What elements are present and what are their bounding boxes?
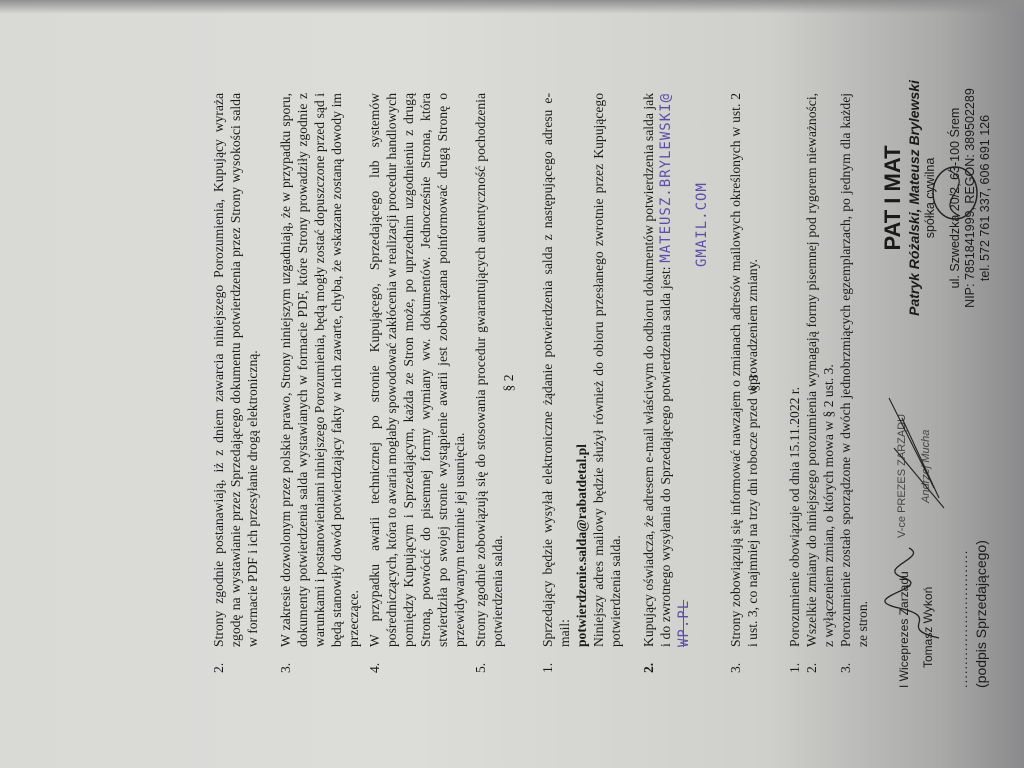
section-1-list: 2. Strony zgodnie postanawiają, iż z dni… [210, 93, 506, 673]
section-2: § 2 1. Sprzedający będzie wysyłał elektr… [500, 93, 761, 673]
item-number: 1. [539, 663, 556, 673]
item-number: 5. [472, 663, 489, 673]
s2-item-1: 1. Sprzedający będzie wysyłał elektronic… [539, 93, 624, 673]
item-number: 3. [277, 663, 294, 673]
s1-item-2: 2. Strony zgodnie postanawiają, iż z dni… [210, 93, 261, 673]
crossed-out-text: WP.PL [676, 600, 692, 647]
item-number: 2. [803, 663, 820, 673]
seller-signature-caption: (podpis Sprzedającego) [973, 358, 990, 688]
s1-item-4: 4. W przypadku awarii technicznej po str… [366, 93, 468, 673]
handwritten-signatures [884, 388, 954, 648]
s3-item-2: 2. Wszelkie zmiany do niniejszego porozu… [803, 93, 837, 673]
item-number: 2. [640, 663, 657, 673]
item-text: Strony zgodnie postanawiają, iż z dniem … [211, 93, 260, 647]
item-text: Niniejszy adres mailowy będzie służył ró… [591, 93, 623, 647]
seller-signature-block: I Wiceprezes Zarządu Tomasz Wykoń V-ce P… [890, 358, 990, 688]
handwritten-email: MATEUSZ.BRYLEWSKI@ [658, 93, 674, 263]
section-3-heading: § 3 [745, 93, 762, 673]
signature-line: .............................. [954, 358, 971, 688]
item-text: Porozumienie zostało sporządzone w dwóch… [838, 93, 870, 647]
item-text: Porozumienie obowiązuje od dnia 15.11.20… [787, 387, 802, 647]
s3-item-1: 1. Porozumienie obowiązuje od dnia 15.11… [786, 93, 803, 673]
s2-item-2: 2. Kupujący oświadcza, że adresem e-mail… [640, 93, 711, 673]
item-number: 3. [727, 663, 744, 673]
s3-item-3: 3. Porozumienie zostało sporządzone w dw… [837, 93, 871, 673]
item-number: 1. [786, 663, 803, 673]
item-number: 2. [210, 663, 227, 673]
item-text: Wszelkie zmiany do niniejszego porozumie… [804, 93, 836, 647]
seller-email: potwierdzenie.salda@rabatdetal.pl [574, 444, 589, 647]
buyer-signature-scribble [920, 158, 990, 228]
section-3: § 3 1. Porozumienie obowiązuje od dnia 1… [745, 93, 871, 673]
item-number: 4. [366, 663, 383, 673]
item-text: Sprzedający będzie wysyłał elektroniczne… [540, 93, 572, 647]
stamp-company-name: PAT I MAT [880, 48, 906, 348]
item-text: W przypadku awarii technicznej po stroni… [367, 93, 467, 647]
item-text: W zakresie dozwolonym przez polskie praw… [278, 93, 361, 647]
item-number: 3. [837, 663, 854, 673]
s1-item-3: 3. W zakresie dozwolonym przez polskie p… [277, 93, 362, 673]
handwritten-email-domain: GMAIL.COM [694, 182, 710, 267]
document-page: 2. Strony zgodnie postanawiają, iż z dni… [0, 0, 1024, 768]
buyer-company-stamp: PAT I MAT Patryk Różalski, Mateusz Bryle… [880, 48, 993, 348]
section-2-heading: § 2 [500, 93, 517, 673]
